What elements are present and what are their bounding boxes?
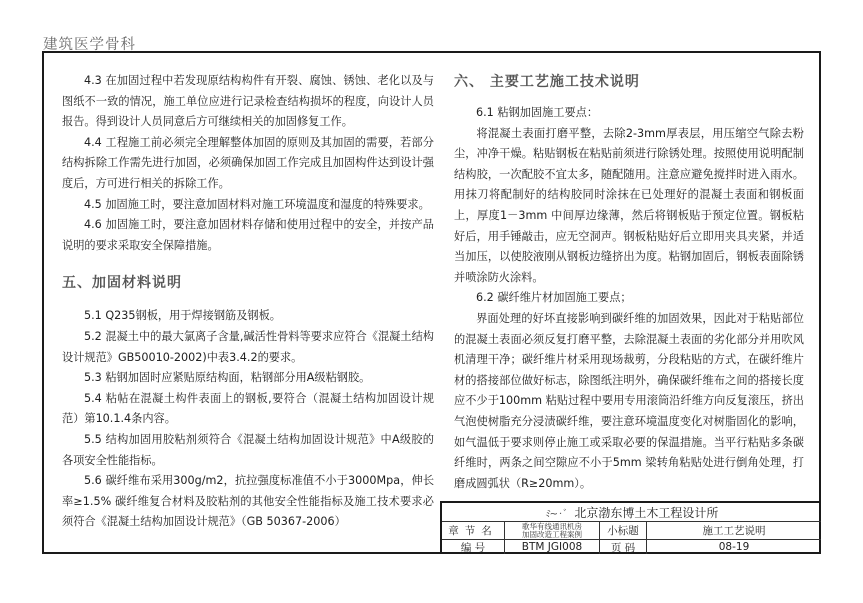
number-value: BTM JGI008 <box>505 540 600 554</box>
paragraph-5-3: 5.3 粘钢加固时应紧贴原结构面，粘钢部分用A级粘钢胶。 <box>62 368 434 389</box>
paragraph-4-5: 4.5 加固施工时，要注意加固材料对施工环境温度和湿度的特殊要求。 <box>62 195 434 216</box>
title-block-row-1: 章节名 歌华有线通讯机房 加固改造工程案例 小标题 施工工艺说明 <box>442 522 821 540</box>
left-column: 4.3 在加固过程中若发现原结构构件有开裂、腐蚀、锈蚀、老化以及与图纸不一致的情… <box>62 71 434 533</box>
section-6-title: 六、 主要工艺施工技术说明 <box>454 71 804 91</box>
title-block: ﾐ~·ﾞ 北京渤东博土木工程设计所 章节名 歌华有线通讯机房 加固改造工程案例 … <box>440 501 821 554</box>
title-block-row-2: 编 号 BTM JGI008 页 码 08-19 <box>442 540 821 554</box>
subtitle-label: 小标题 <box>600 522 647 539</box>
subsection-6-2-title: 6.2 碳纤维片材加固施工要点； <box>454 288 804 309</box>
page-value: 08-19 <box>647 540 821 554</box>
company-name: 北京渤东博土木工程设计所 <box>574 504 718 521</box>
paragraph-5-4: 5.4 粘帖在混凝土构件表面上的钢板,要符合（混凝土结构加固设计规范）第10.1… <box>62 389 434 430</box>
section-5-title: 五、加固材料说明 <box>62 272 434 292</box>
paragraph-4-4: 4.4 工程施工前必须完全理解整体加固的原则及其加固的需要，若部分结构拆除工作需… <box>62 133 434 195</box>
chapter-name-label: 章节名 <box>442 522 505 539</box>
title-block-header: ﾐ~·ﾞ 北京渤东博土木工程设计所 <box>442 503 821 522</box>
subtitle-value: 施工工艺说明 <box>647 522 821 539</box>
subsection-6-1-text: 将混凝土表面打磨平整，去除2-3mm厚表层，用压缩空气除去粉尘，冲净干燥。粘贴钢… <box>454 124 804 289</box>
right-column: 六、 主要工艺施工技术说明 6.1 粘钢加固施工要点： 将混凝土表面打磨平整，去… <box>454 71 804 494</box>
paragraph-5-1: 5.1 Q235钢板，用于焊接钢筋及钢板。 <box>62 306 434 327</box>
paragraph-5-2: 5.2 混凝土中的最大氯离子含量,碱活性骨料等要求应符合《混凝土结构设计规范》G… <box>62 327 434 368</box>
paragraph-4-6: 4.6 加固施工时，要注意加固材料存储和使用过程中的安全，并按产品说明的要求采取… <box>62 215 434 256</box>
paragraph-5-5: 5.5 结构加固用胶粘剂须符合《混凝土结构加固设计规范》中A级胶的各项安全性能指… <box>62 430 434 471</box>
subsection-6-2-text: 界面处理的好坏直接影响到碳纤维的加固效果，因此对于粘贴部位的混凝土表面必须反复打… <box>454 309 804 494</box>
subsection-6-1-title: 6.1 粘钢加固施工要点： <box>454 103 804 124</box>
paragraph-5-6: 5.6 碳纤维布采用300g/m2，抗拉强度标准值不小于3000Mpa，伸长率≥… <box>62 471 434 533</box>
chapter-name-value: 歌华有线通讯机房 加固改造工程案例 <box>505 522 600 539</box>
drawing-frame: 4.3 在加固过程中若发现原结构构件有开裂、腐蚀、锈蚀、老化以及与图纸不一致的情… <box>42 51 821 554</box>
company-logo-icon: ﾐ~·ﾞ <box>545 505 567 520</box>
page-label: 页 码 <box>600 540 647 554</box>
number-label: 编 号 <box>442 540 505 554</box>
paragraph-4-3: 4.3 在加固过程中若发现原结构构件有开裂、腐蚀、锈蚀、老化以及与图纸不一致的情… <box>62 71 434 133</box>
